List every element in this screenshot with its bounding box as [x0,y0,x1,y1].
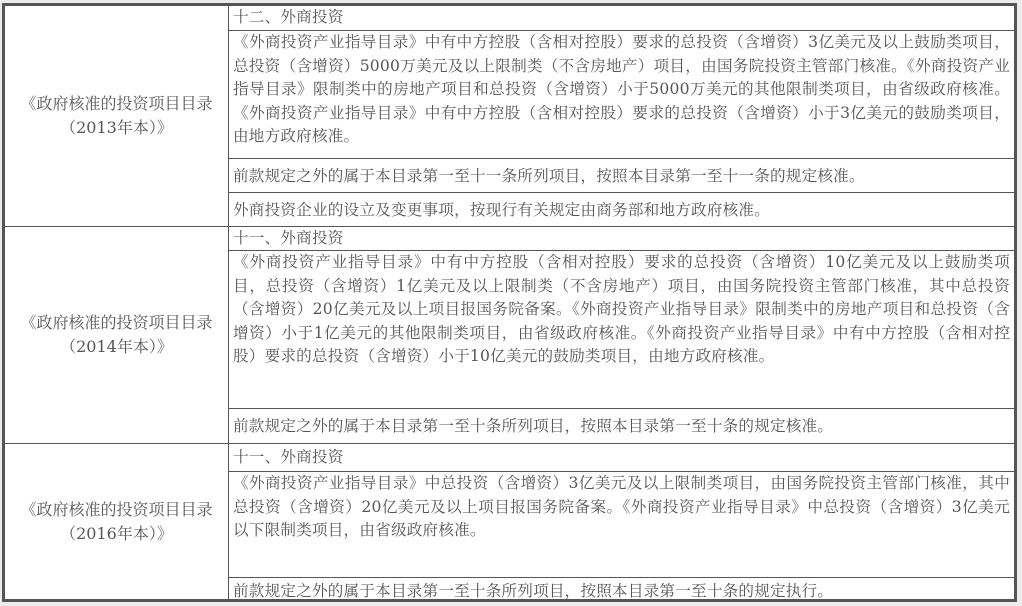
catalog-name-cell: 《政府核准的投资项目目录 （2014年本）》 [5,227,229,443]
main-provision-text: 《外商投资产业指导目录》中有中方控股（含相对控股）要求的总投资（含增资）10亿美… [229,250,1014,408]
supplementary-provision: 外商投资企业的设立及变更事项，按现行有关规定由商务部和地方政府核准。 [229,192,1014,226]
catalog-title: 《政府核准的投资项目目录 [20,92,212,116]
supplementary-provision: 前款规定之外的属于本目录第一至十条所列项目，按照本目录第一至十条的规定执行。 [229,577,1014,600]
section-heading: 十一、外商投资 [229,227,1014,250]
catalog-name-cell: 《政府核准的投资项目目录 （2016年本）》 [5,444,229,599]
main-provision-text: 《外商投资产业指导目录》中有中方控股（含相对控股）要求的总投资（含增资）3亿美元… [229,30,1014,158]
catalog-comparison-table: 《政府核准的投资项目目录 （2013年本）》 十二、外商投资 《外商投资产业指导… [2,3,1017,602]
section-heading: 十一、外商投资 [229,444,1014,471]
catalog-title: 《政府核准的投资项目目录 [20,311,212,335]
supplementary-provision: 前款规定之外的属于本目录第一至十条所列项目，按照本目录第一至十条的规定核准。 [229,408,1014,443]
table-row-2016: 《政府核准的投资项目目录 （2016年本）》 十一、外商投资 《外商投资产业指导… [5,443,1014,599]
section-heading: 十二、外商投资 [229,6,1014,30]
catalog-edition: （2016年本）》 [60,522,173,546]
catalog-title: 《政府核准的投资项目目录 [20,498,212,522]
table-row-2014: 《政府核准的投资项目目录 （2014年本）》 十一、外商投资 《外商投资产业指导… [5,226,1014,443]
catalog-name-cell: 《政府核准的投资项目目录 （2013年本）》 [5,6,229,226]
table-row-2013: 《政府核准的投资项目目录 （2013年本）》 十二、外商投资 《外商投资产业指导… [5,6,1014,226]
catalog-edition: （2013年本）》 [60,116,173,140]
main-provision-text: 《外商投资产业指导目录》中总投资（含增资）3亿美元及以上限制类项目，由国务院投资… [229,471,1014,577]
catalog-edition: （2014年本）》 [60,335,173,359]
supplementary-provision: 前款规定之外的属于本目录第一至十一条所列项目，按照本目录第一至十一条的规定核准。 [229,158,1014,192]
